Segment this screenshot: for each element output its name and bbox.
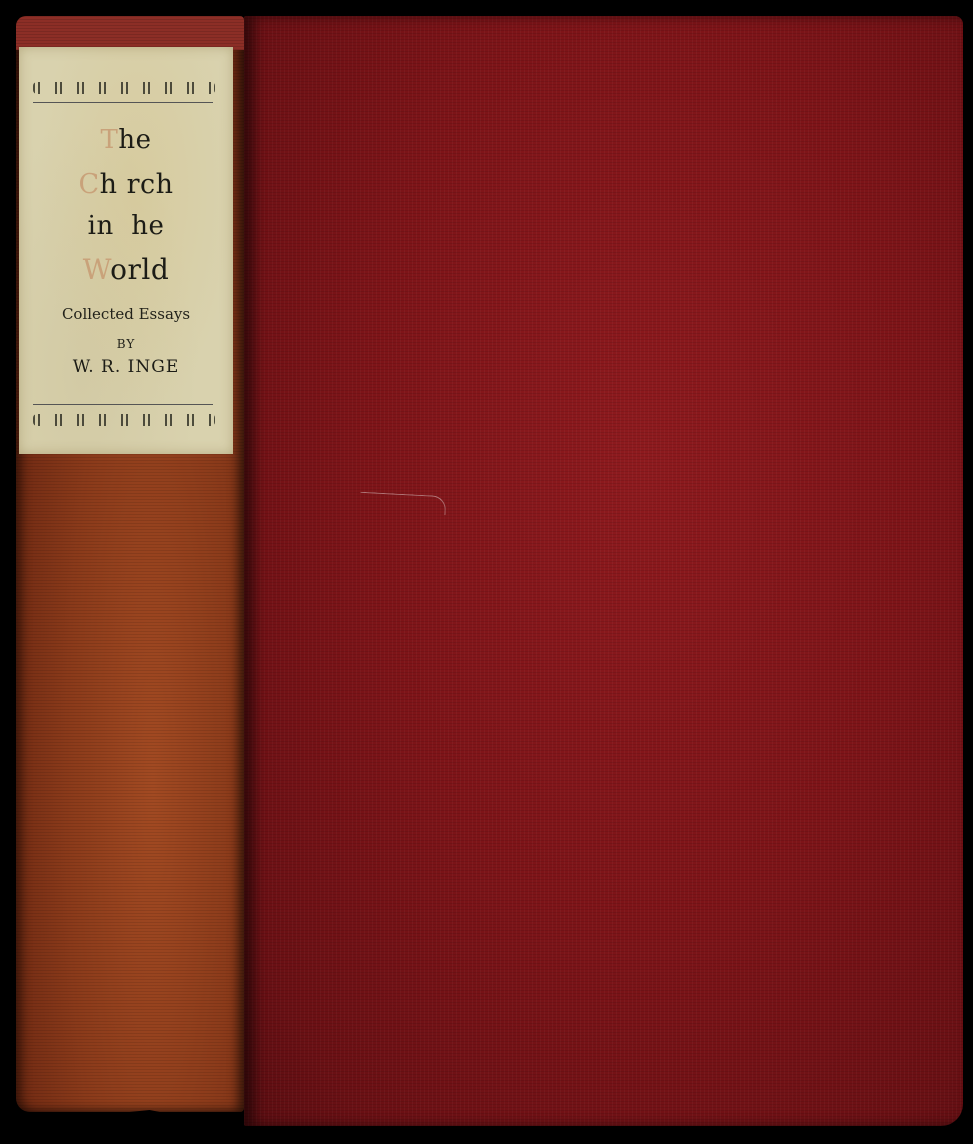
author-name: W. R. INGE <box>19 357 233 377</box>
subtitle: Collected Essays <box>19 305 233 323</box>
title-line-3: in he <box>19 211 233 241</box>
rule-top <box>33 102 213 103</box>
spine-head <box>16 16 244 50</box>
spine-label: The Ch rch in he World Collected Essays … <box>19 47 233 454</box>
rule-bottom <box>33 404 213 405</box>
book-photo: The Ch rch in he World Collected Essays … <box>0 0 973 1144</box>
ornament-border-bottom <box>33 414 215 426</box>
title-line-1: The <box>19 125 233 155</box>
front-cover-board <box>244 16 963 1126</box>
title-line-2: Ch rch <box>19 169 233 200</box>
by-line: BY <box>19 337 233 351</box>
title-line-4: World <box>19 253 233 286</box>
ornament-border-top <box>33 82 215 94</box>
